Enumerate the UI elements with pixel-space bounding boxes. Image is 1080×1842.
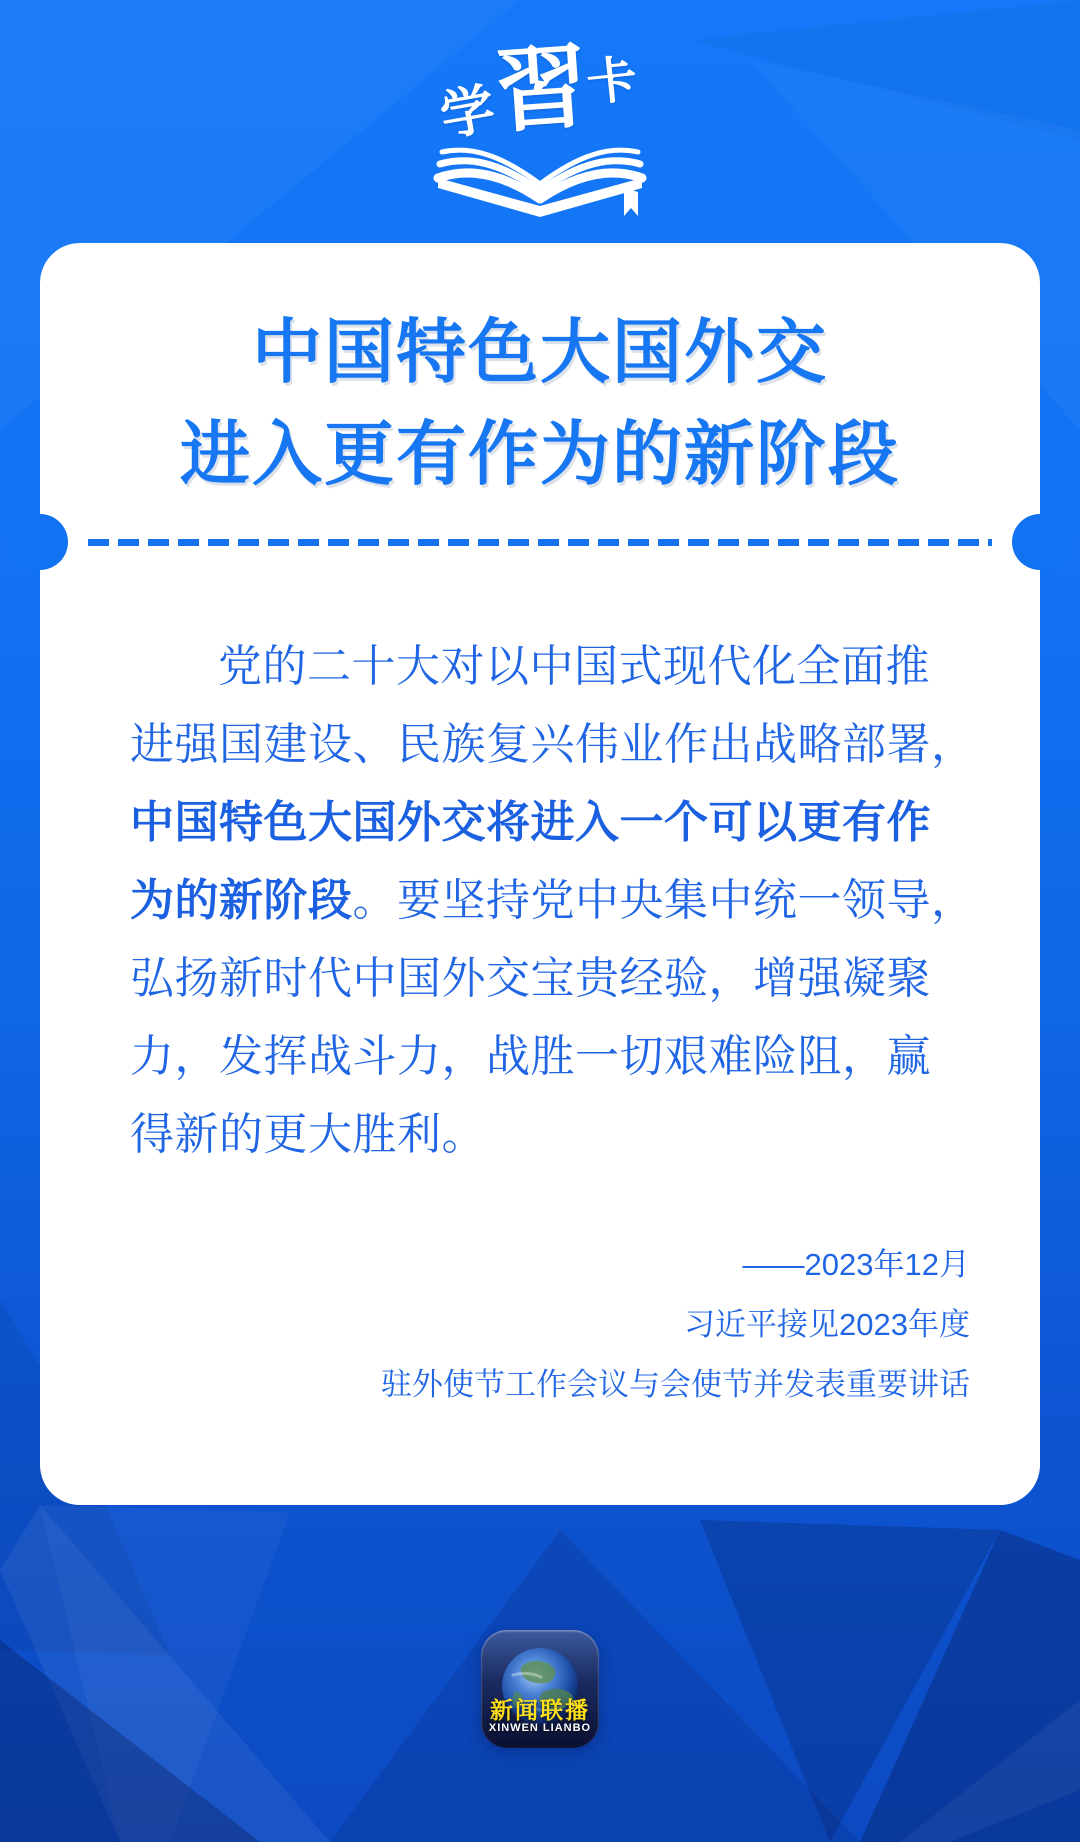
logo-char: 習 <box>493 41 591 139</box>
content-card: 中国特色大国外交 进入更有作为的新阶段 党的二十大对以中国式现代化全面推进强国建… <box>40 243 1040 1505</box>
logo-char: 卡 <box>584 54 639 109</box>
body-line: 得新的更大胜利。 <box>130 1096 970 1174</box>
body-line: 弘扬新时代中国外交宝贵经验，增强凝聚 <box>130 940 970 1018</box>
card-body: 党的二十大对以中国式现代化全面推进强国建设、民族复兴伟业作出战略部署，中国特色大… <box>130 628 970 1174</box>
logo-char: 学 <box>436 82 499 145</box>
body-text: 。要坚持党中央集中统一领导， <box>353 876 976 925</box>
attribution-line: ——2023年12月 <box>130 1235 970 1295</box>
study-card-logo-text: 学 習 卡 <box>440 44 640 136</box>
app-name-label: 新闻联播 <box>481 1692 599 1725</box>
body-line: 党的二十大对以中国式现代化全面推 <box>130 628 970 706</box>
study-card-logo: 学 習 卡 <box>0 44 1080 218</box>
card-title-line1: 中国特色大国外交 <box>40 301 1040 403</box>
left-notch <box>12 514 68 570</box>
body-line: 为的新阶段。要坚持党中央集中统一领导， <box>130 862 970 940</box>
body-text: 党的二十大对以中国式现代化全面推 <box>218 642 930 691</box>
body-text-bold: 中国特色大国外交将进入一个可以更有作 <box>130 798 931 847</box>
body-text: 弘扬新时代中国外交宝贵经验，增强凝聚 <box>130 954 931 1003</box>
quote-attribution: ——2023年12月习近平接见2023年度驻外使节工作会议与会使节并发表重要讲话 <box>130 1235 970 1415</box>
body-text: 得新的更大胜利。 <box>130 1110 486 1159</box>
body-text: 进强国建设、民族复兴伟业作出战略部署， <box>130 720 976 769</box>
card-title-line2: 进入更有作为的新阶段 <box>40 403 1040 505</box>
body-text: 力，发挥战斗力，战胜一切艰难险阻，赢 <box>130 1032 931 1081</box>
body-line: 力，发挥战斗力，战胜一切艰难险阻，赢 <box>130 1018 970 1096</box>
card-title: 中国特色大国外交 进入更有作为的新阶段 <box>40 301 1040 505</box>
study-card-poster: 学 習 卡 中国特色大国外交 进入更有作为的新阶段 党的二十大对以中国式现代 <box>0 0 1080 1842</box>
xinwen-lianbo-app-icon: 新闻联播 XINWEN LIANBO <box>481 1630 599 1748</box>
right-notch <box>1012 514 1068 570</box>
attribution-line: 驻外使节工作会议与会使节并发表重要讲话 <box>130 1355 970 1415</box>
body-line: 进强国建设、民族复兴伟业作出战略部署， <box>130 706 970 784</box>
body-line: 中国特色大国外交将进入一个可以更有作 <box>130 784 970 862</box>
attribution-line: 习近平接见2023年度 <box>130 1295 970 1355</box>
body-text-bold: 为的新阶段 <box>130 876 353 925</box>
dashed-divider <box>88 539 992 546</box>
app-name-en-label: XINWEN LIANBO <box>481 1722 599 1734</box>
